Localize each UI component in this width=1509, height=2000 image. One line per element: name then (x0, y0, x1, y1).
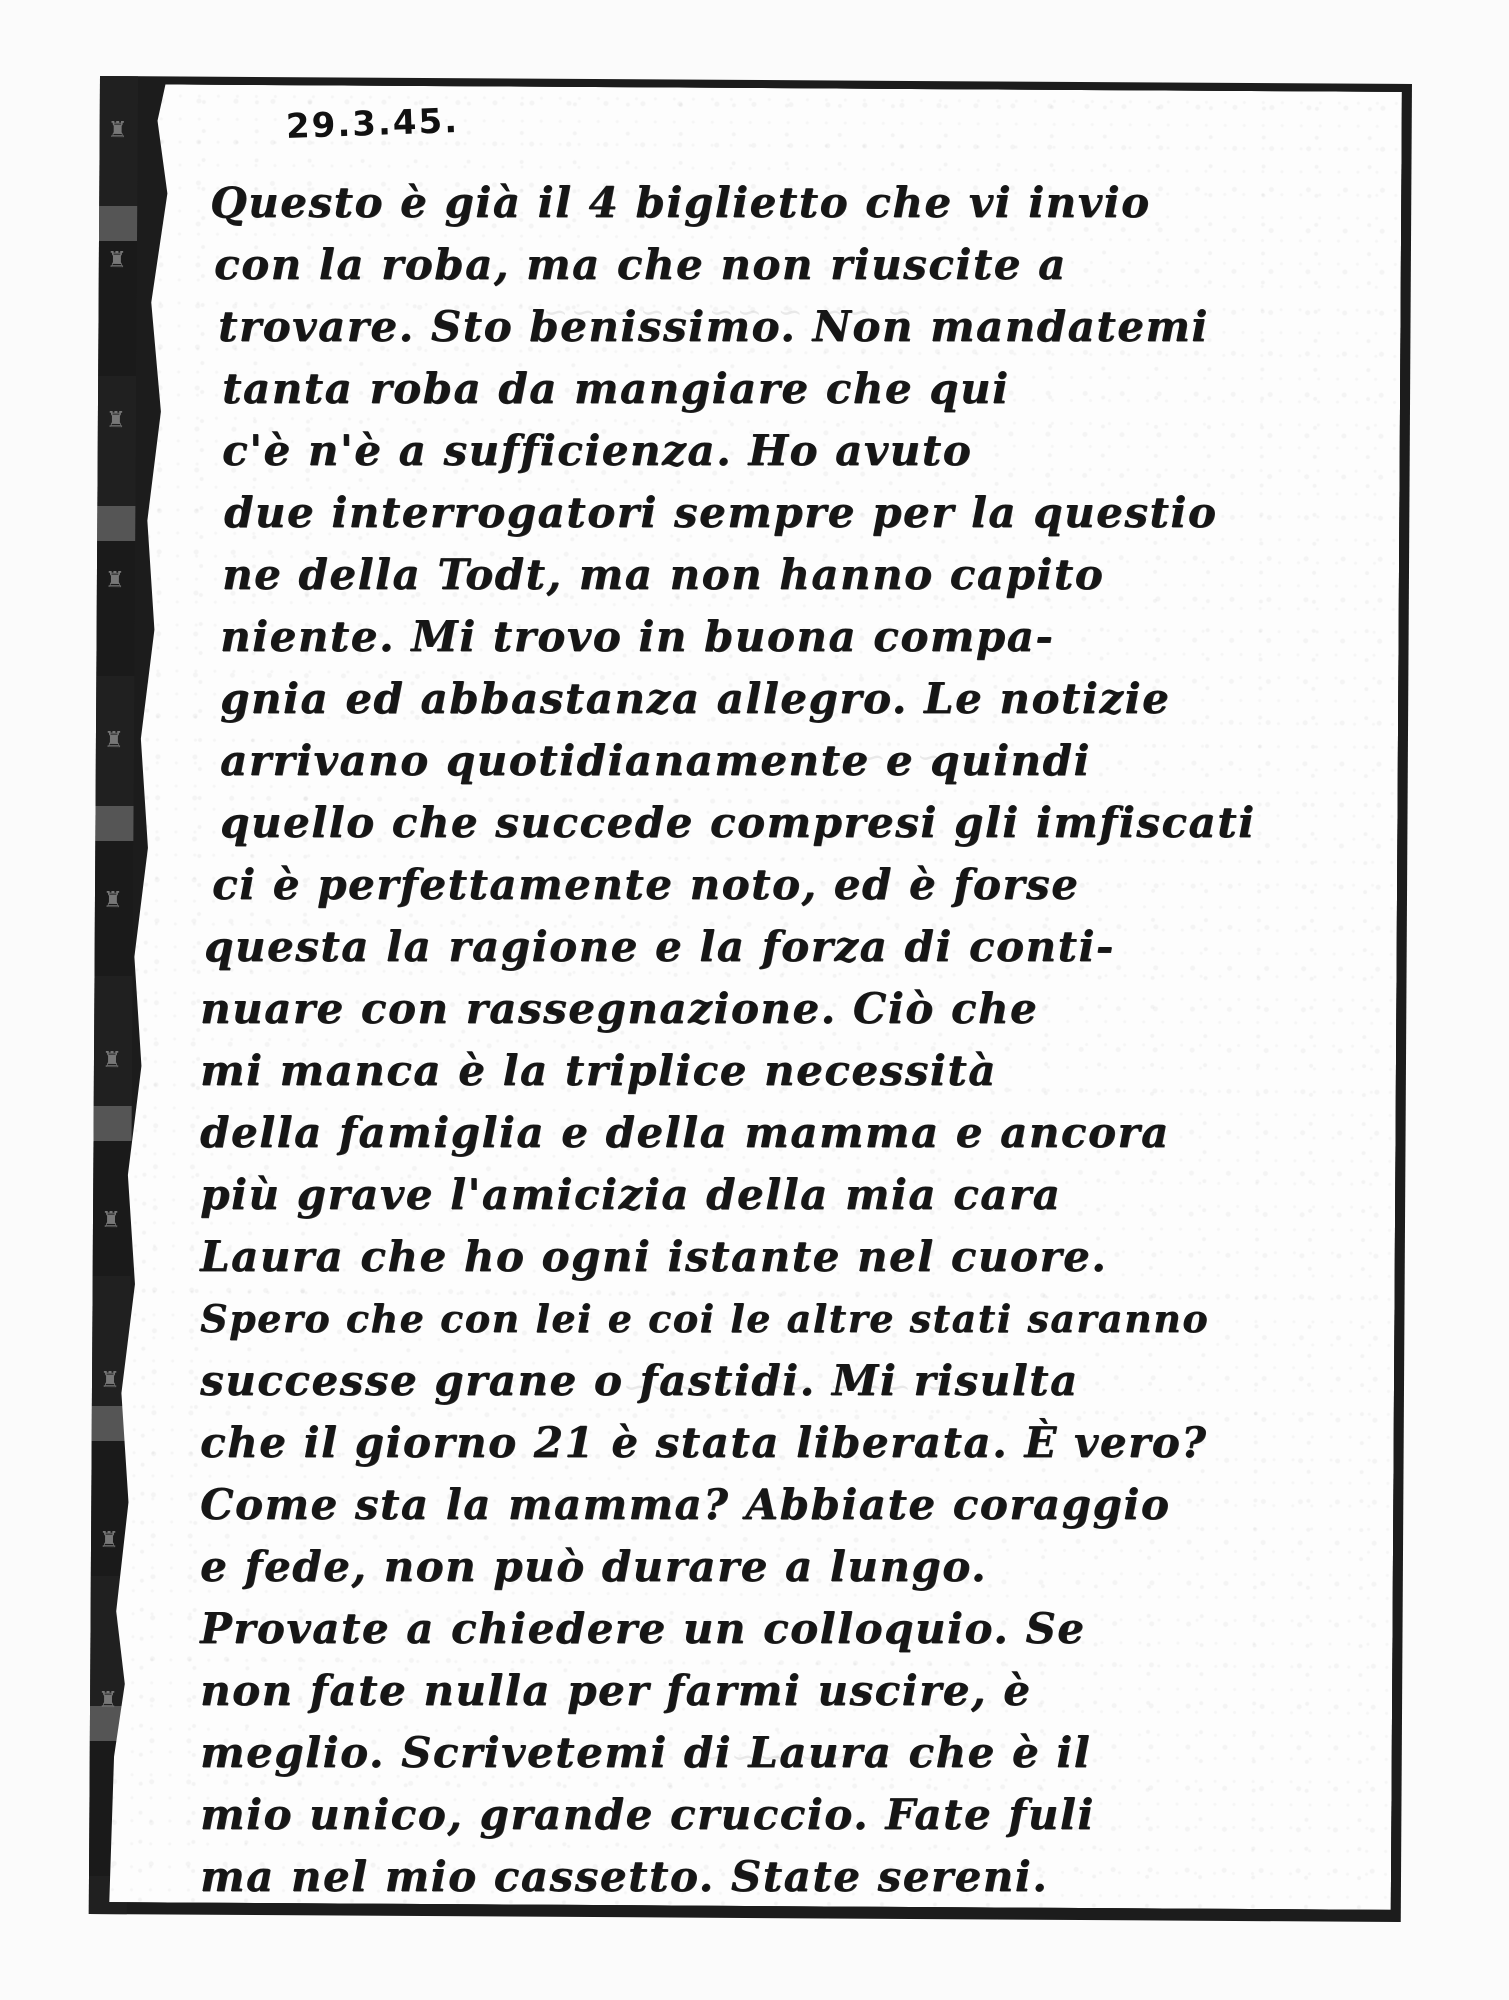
castle-icon: ♜ (104, 406, 128, 436)
letter-line: due interrogatori sempre per la questio (200, 482, 1400, 544)
letter-line: Spero che con lei e coi le altre stati s… (200, 1288, 1400, 1350)
letter-line: Come sta la mamma? Abbiate coraggio (200, 1474, 1400, 1536)
castle-icon: ♜ (101, 886, 125, 916)
castle-icon: ♜ (105, 246, 129, 276)
letter-line: questa la ragione e la forza di conti- (200, 916, 1400, 978)
letter-line: ma nel mio cassetto. State sereni. (200, 1846, 1400, 1908)
letter-line: mio unico, grande cruccio. Fate fuli (200, 1784, 1400, 1846)
letter-line: successe grane o fastidi. Mi risulta (200, 1350, 1400, 1412)
letter-line: niente. Mi trovo in buona compa- (200, 606, 1400, 668)
letter-line: ne della Todt, ma non hanno capito (200, 544, 1400, 606)
castle-icon: ♜ (106, 116, 130, 146)
letter-line: Provate a chiedere un colloquio. Se (200, 1598, 1400, 1660)
letter-line: mi manca è la triplice necessità (200, 1040, 1400, 1102)
letter-line: che il giorno 21 è stata liberata. È ver… (200, 1412, 1400, 1474)
letter-line: Questo è già il 4 biglietto che vi invio (200, 172, 1400, 234)
letter-line: non fate nulla per farmi uscire, è (200, 1660, 1400, 1722)
letter-line: gnia ed abbastanza allegro. Le notizie (200, 668, 1400, 730)
letter-line: con la roba, ma che non riuscite a (200, 234, 1400, 296)
letter-line: meglio. Scrivetemi di Laura che è il (200, 1722, 1400, 1784)
letter-body: Questo è già il 4 biglietto che vi invio… (200, 172, 1400, 1908)
letter-line: trovare. Sto benissimo. Non mandatemi (200, 296, 1400, 358)
letter-line: ci è perfettamente noto, ed è forse (200, 854, 1400, 916)
castle-icon: ♜ (100, 1046, 124, 1076)
castle-icon: ♜ (103, 566, 127, 596)
letter-line: e fede, non può durare a lungo. (200, 1536, 1400, 1598)
letter-date: 29.3.45. (285, 101, 459, 147)
letter-line: più grave l'amicizia della mia cara (200, 1164, 1400, 1226)
castle-icon: ♜ (96, 1686, 120, 1716)
letter-line: tanta roba da mangiare che qui (200, 358, 1400, 420)
letter-line: Laura che ho ogni istante nel cuore. (200, 1226, 1400, 1288)
castle-icon: ♜ (97, 1526, 121, 1556)
letter-line: arrivano quotidianamente e quindi (200, 730, 1400, 792)
letter-line: c'è n'è a sufficienza. Ho avuto (200, 420, 1400, 482)
letter-line: quello che succede compresi gli imfiscat… (200, 792, 1400, 854)
letter-line: della famiglia e della mamma e ancora (200, 1102, 1400, 1164)
castle-icon: ♜ (98, 1366, 122, 1396)
letter-line: nuare con rassegnazione. Ciò che (200, 978, 1400, 1040)
castle-icon: ♜ (99, 1206, 123, 1236)
castle-icon: ♜ (102, 726, 126, 756)
